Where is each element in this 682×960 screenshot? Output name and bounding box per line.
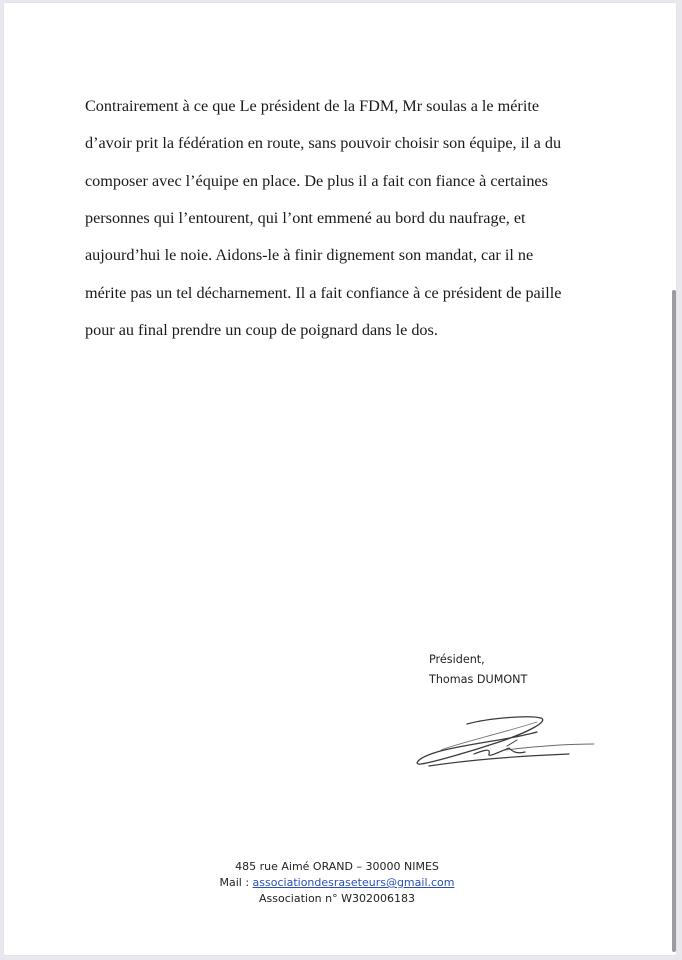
footer: 485 rue Aimé ORAND – 30000 NIMES Mail : … (0, 859, 682, 907)
body-line: mérite pas un tel décharnement. Il a fai… (85, 284, 625, 303)
association-number: Association n° W302006183 (0, 891, 674, 907)
signatory-title: Président, (429, 650, 527, 670)
mail-label: Mail : (220, 876, 253, 889)
body-line: Contrairement à ce que Le président de l… (85, 97, 625, 116)
scrollbar-thumb[interactable] (672, 290, 676, 952)
footer-address: 485 rue Aimé ORAND – 30000 NIMES (0, 859, 674, 875)
body-line: d’avoir prit la fédération en route, san… (85, 134, 625, 153)
email-link[interactable]: associationdesraseteurs@gmail.com (253, 876, 455, 889)
body-line: pour au final prendre un coup de poignar… (85, 321, 625, 340)
body-line: aujourd’hui le noie. Aidons-le à finir d… (85, 246, 625, 265)
document-page: Contrairement à ce que Le président de l… (4, 3, 676, 955)
signature-icon (409, 710, 599, 774)
signature-block: Président, Thomas DUMONT (429, 650, 527, 690)
signatory-name: Thomas DUMONT (429, 670, 527, 690)
footer-mail: Mail : associationdesraseteurs@gmail.com (0, 875, 674, 891)
vertical-scrollbar[interactable] (670, 3, 676, 955)
body-line: composer avec l’équipe en place. De plus… (85, 172, 625, 191)
body-line: personnes qui l’entourent, qui l’ont emm… (85, 209, 625, 228)
letter-body: Contrairement à ce que Le président de l… (85, 78, 625, 359)
